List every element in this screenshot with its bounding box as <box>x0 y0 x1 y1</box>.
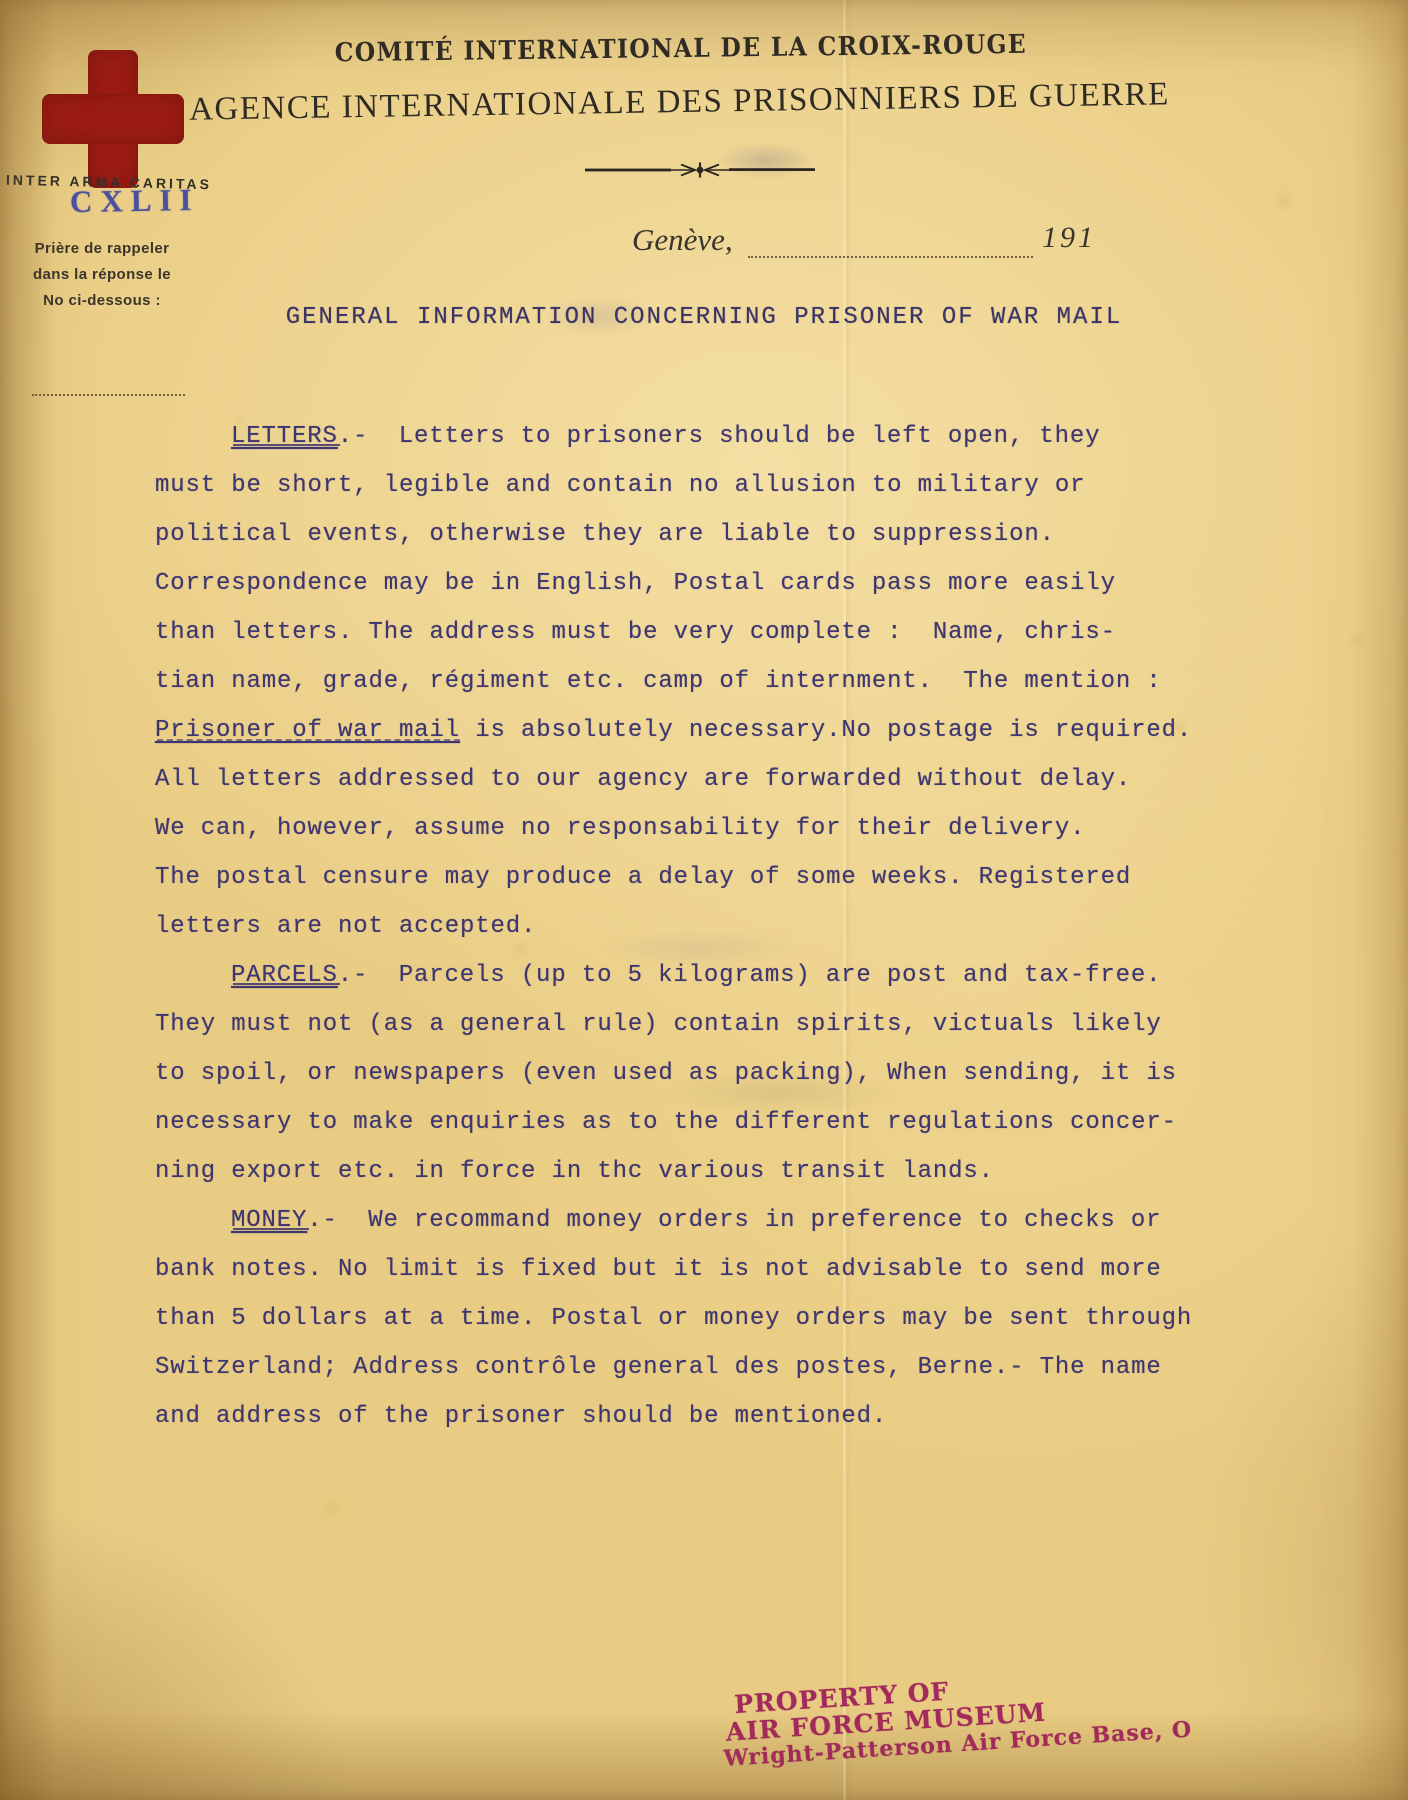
typed-line: ning export etc. in force in thc various… <box>155 1147 1275 1196</box>
typed-line: We can, however, assume no responsabilit… <box>155 804 1275 853</box>
typed-text: .- Parcels (up to 5 kilograms) are post … <box>338 962 1162 989</box>
section-heading-parcels: PARCELS <box>231 962 338 989</box>
typed-line: and address of the prisoner should be me… <box>155 1392 1275 1441</box>
dateline-year: 191 <box>1042 221 1096 255</box>
dateline-fill-line <box>748 256 1033 258</box>
org-name-agency: AGENCE INTERNATIONALE DES PRISONNIERS DE… <box>189 76 1170 128</box>
typed-line: MONEY.- We recommand money orders in pre… <box>155 1196 1275 1245</box>
property-stamp: PROPERTY OF AIR FORCE MUSEUM Wright-Patt… <box>719 1663 1192 1772</box>
typed-text: is absolutely necessary.No postage is re… <box>460 717 1192 744</box>
typed-line: political events, otherwise they are lia… <box>155 510 1275 559</box>
letter-body: LETTERS.- Letters to prisoners should be… <box>155 412 1275 1441</box>
org-name-committee: COMITÉ INTERNATIONAL DE LA CROIX-ROUGE <box>335 30 1028 68</box>
typed-line: Prisoner of war mail is absolutely neces… <box>155 706 1275 755</box>
reminder-line: Prière de rappeler <box>18 236 186 262</box>
typed-text: .- We recommand money orders in preferen… <box>307 1207 1161 1234</box>
typed-line: LETTERS.- Letters to prisoners should be… <box>155 412 1275 461</box>
divider-ornament-icon <box>585 160 815 180</box>
red-cross-horizontal-bar <box>42 94 184 144</box>
typed-line: must be short, legible and contain no al… <box>155 461 1275 510</box>
typed-line: Correspondence may be in English, Postal… <box>155 559 1275 608</box>
reminder-line: dans la réponse le <box>18 262 186 288</box>
document-title: GENERAL INFORMATION CONCERNING PRISONER … <box>0 303 1408 333</box>
typed-line: They must not (as a general rule) contai… <box>155 1000 1275 1049</box>
typed-line: letters are not accepted. <box>155 902 1275 951</box>
typed-line: The postal censure may produce a delay o… <box>155 853 1275 902</box>
section-heading-letters: LETTERS <box>231 423 338 450</box>
document-page: COMITÉ INTERNATIONAL DE LA CROIX-ROUGE A… <box>0 0 1408 1800</box>
typed-text: .- Letters to prisoners should be left o… <box>338 423 1101 450</box>
reference-number-line <box>32 394 185 396</box>
typed-line: tian name, grade, régiment etc. camp of … <box>155 657 1275 706</box>
case-number-stamp: CXLII <box>70 182 200 220</box>
red-cross-icon <box>42 50 184 188</box>
dateline-place: Genève, <box>632 222 733 258</box>
typed-line: necessary to make enquiries as to the di… <box>155 1098 1275 1147</box>
typed-line: bank notes. No limit is fixed but it is … <box>155 1245 1275 1294</box>
typed-line: than letters. The address must be very c… <box>155 608 1275 657</box>
foxing-spots <box>0 0 1 1</box>
typed-line: to spoil, or newspapers (even used as pa… <box>155 1049 1275 1098</box>
typed-line: PARCELS.- Parcels (up to 5 kilograms) ar… <box>155 951 1275 1000</box>
typed-line: than 5 dollars at a time. Postal or mone… <box>155 1294 1275 1343</box>
underlined-phrase-pow-mail: Prisoner of war mail <box>155 717 460 744</box>
typed-line: All letters addressed to our agency are … <box>155 755 1275 804</box>
section-heading-money: MONEY <box>231 1207 307 1234</box>
typed-line: Switzerland; Address contrôle general de… <box>155 1343 1275 1392</box>
